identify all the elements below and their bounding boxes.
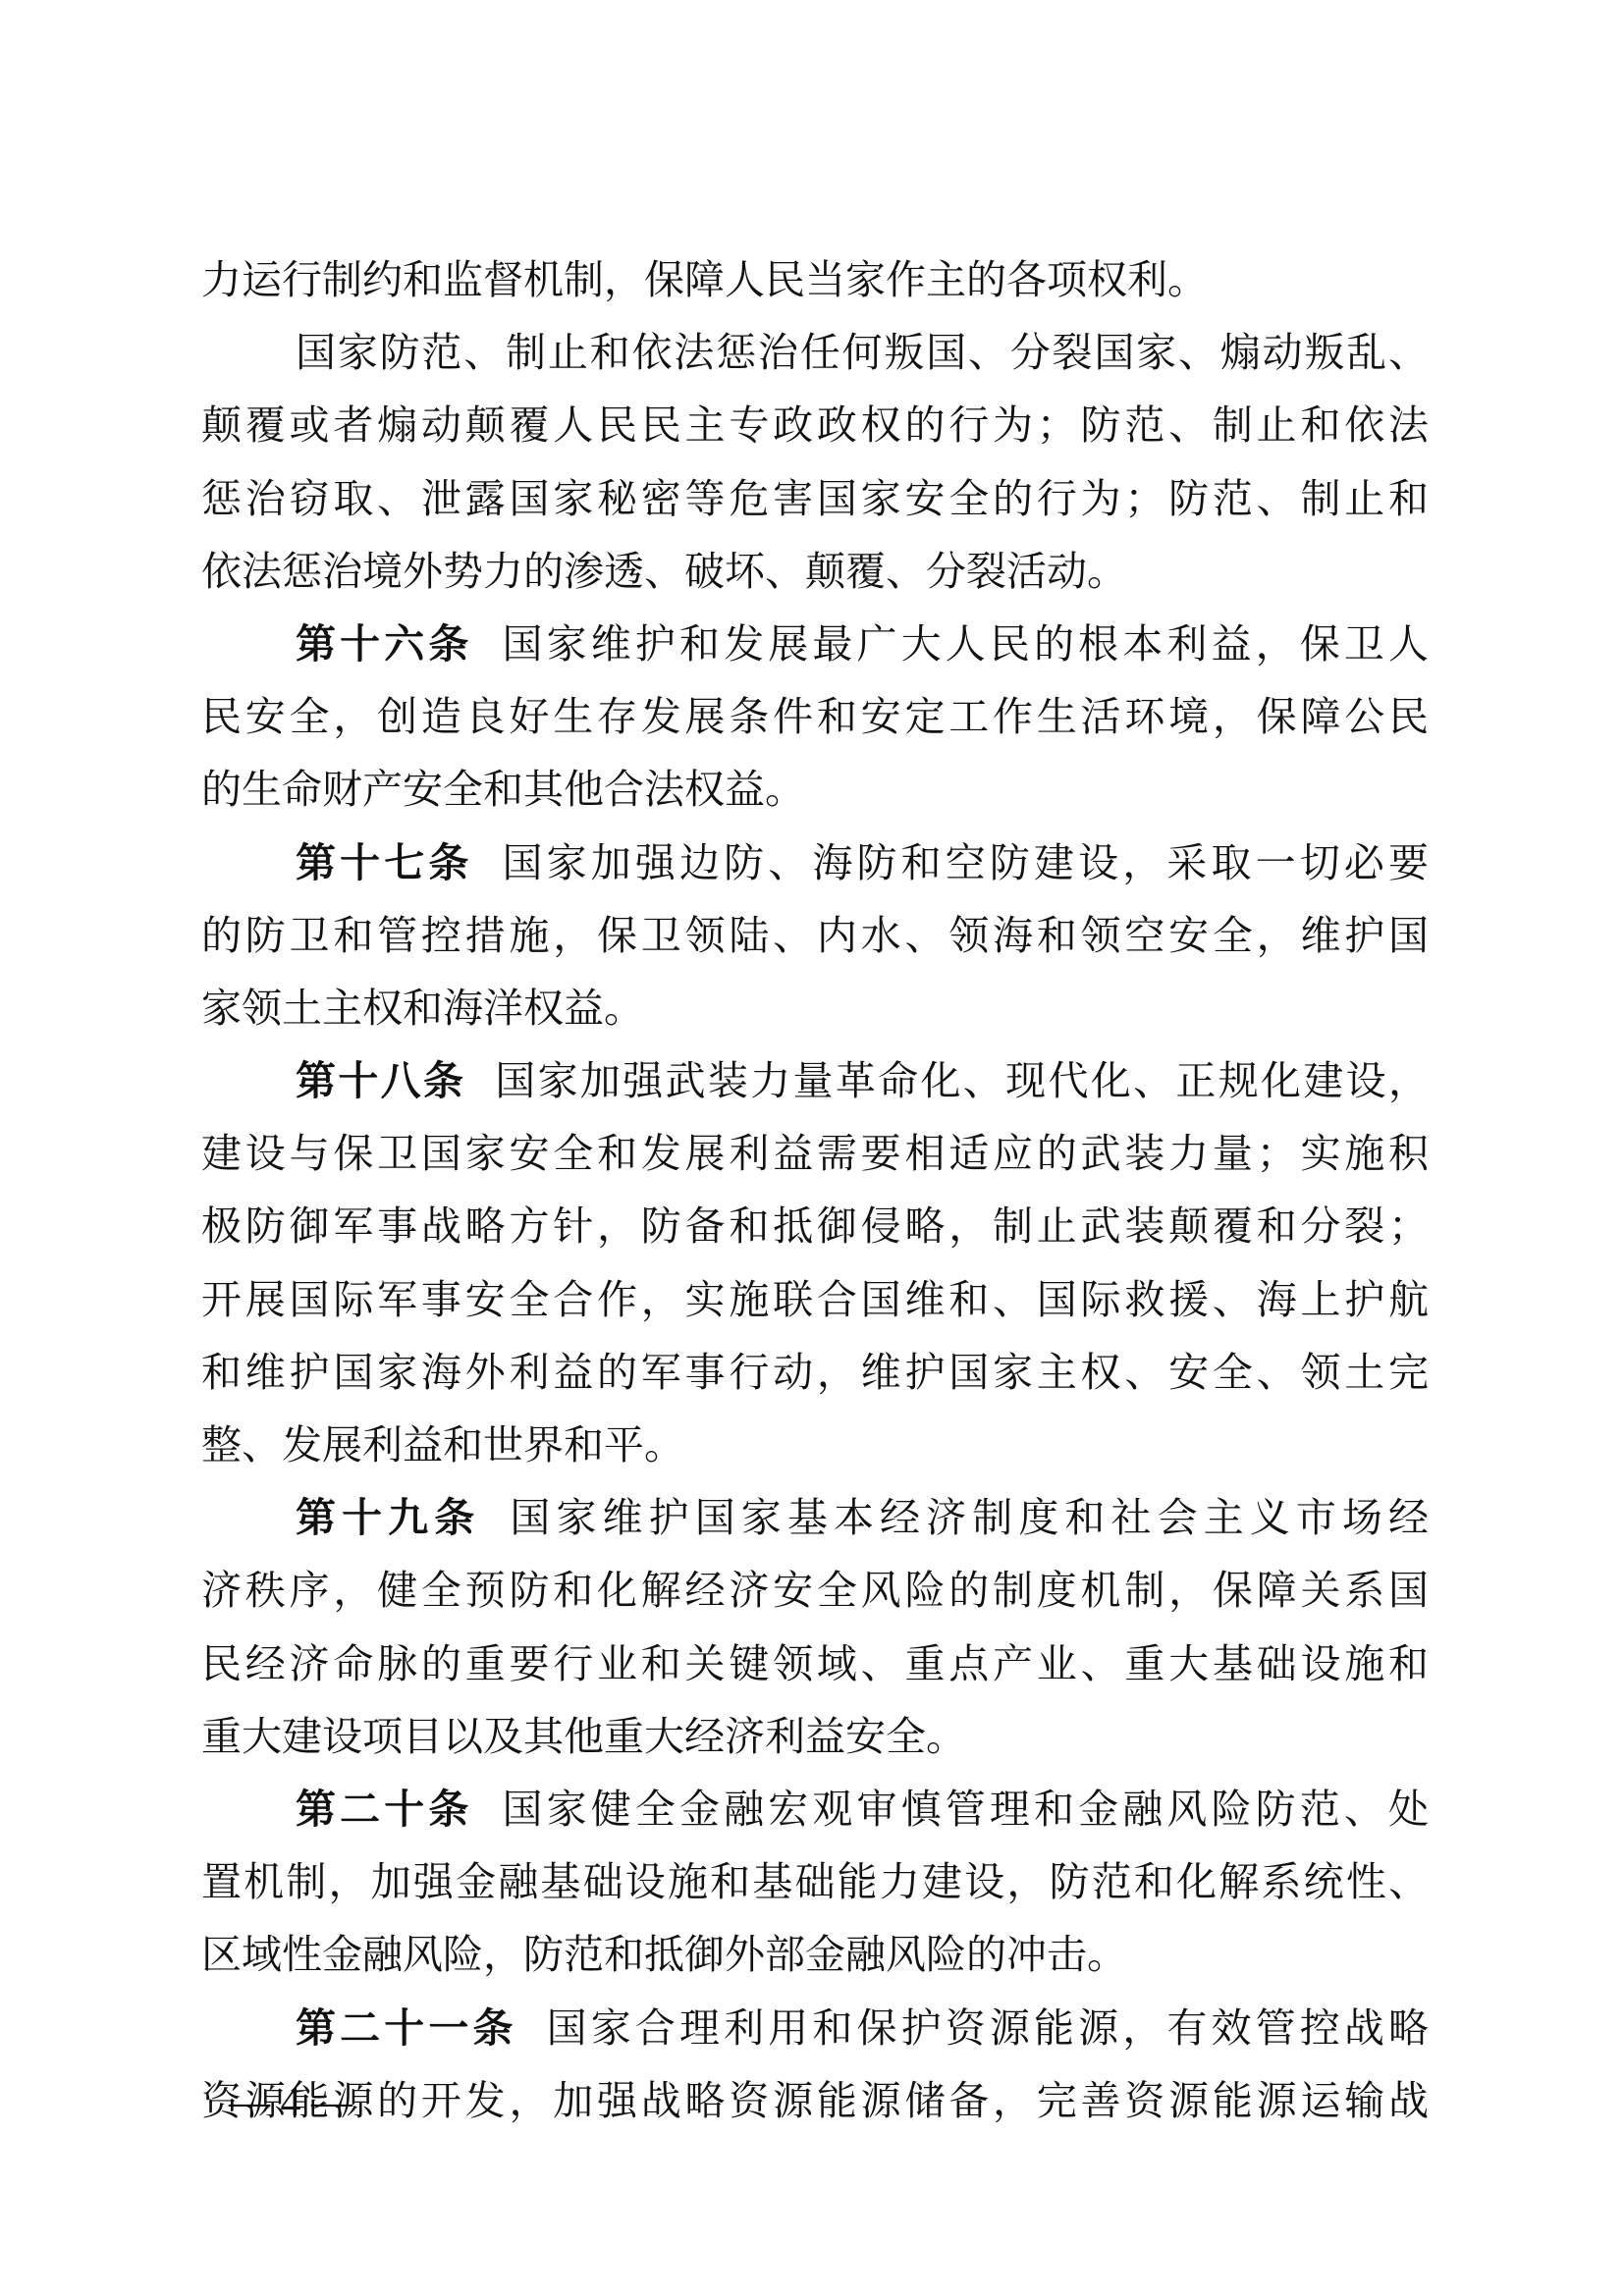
article-18-first-line: 第十八条国家加强武装力量革命化、现代化、正规化建设， [201, 1044, 1429, 1117]
article-19-first-line: 第十九条国家维护国家基本经济制度和社会主义市场经 [201, 1481, 1429, 1554]
article-title: 第十八条 [296, 1057, 465, 1104]
article-text: 国家健全金融宏观审慎管理和金融风险防范、处 [503, 1786, 1430, 1833]
article-text: 国家合理利用和保护资源能源，有效管控战略 [547, 2004, 1429, 2052]
paragraph-line: 民经济命脉的重要行业和关键领域、重点产业、重大基础设施和 [201, 1628, 1429, 1700]
paragraph-line: 民安全，创造良好生存发展条件和安定工作生活环境，保障公民 [201, 680, 1429, 753]
article-21-first-line: 第二十一条国家合理利用和保护资源能源，有效管控战略 [201, 1992, 1429, 2064]
paragraph-line: 惩治窃取、泄露国家秘密等危害国家安全的行为；防范、制止和 [201, 462, 1429, 535]
paragraph-line: 重大建设项目以及其他重大经济利益安全。 [201, 1700, 1429, 1773]
page-number: — 4 — [229, 2079, 352, 2126]
article-title: 第二十条 [296, 1786, 473, 1833]
article-17-first-line: 第十七条国家加强边防、海防和空防建设，采取一切必要 [201, 827, 1429, 899]
paragraph-line: 置机制，加强金融基础设施和基础能力建设，防范和化解系统性、 [201, 1845, 1429, 1918]
article-16-first-line: 第十六条国家维护和发展最广大人民的根本利益，保卫人 [201, 608, 1429, 680]
article-title: 第十七条 [296, 839, 473, 886]
paragraph-line: 建设与保卫国家安全和发展利益需要相适应的武装力量；实施积 [201, 1117, 1429, 1190]
article-title: 第二十一条 [296, 2004, 517, 2052]
article-text: 国家加强边防、海防和空防建设，采取一切必要 [503, 839, 1430, 886]
paragraph-line: 的防卫和管控措施，保卫领陆、内水、领海和领空安全，维护国 [201, 899, 1429, 972]
document-body: 力运行制约和监督机制，保障人民当家作主的各项权利。 国家防范、制止和依法惩治任何… [201, 243, 1429, 2137]
paragraph-line: 资源能源的开发，加强战略资源能源储备，完善资源能源运输战 [201, 2064, 1429, 2137]
paragraph-line: 家领土主权和海洋权益。 [201, 972, 1429, 1044]
paragraph-line: 极防御军事战略方针，防备和抵御侵略，制止武装颠覆和分裂； [201, 1190, 1429, 1262]
paragraph-line: 的生命财产安全和其他合法权益。 [201, 753, 1429, 826]
paragraph-line: 开展国际军事安全合作，实施联合国维和、国际救援、海上护航 [201, 1263, 1429, 1336]
paragraph-line: 整、发展利益和世界和平。 [201, 1409, 1429, 1481]
paragraph-line: 国家防范、制止和依法惩治任何叛国、分裂国家、煽动叛乱、 [201, 316, 1429, 389]
paragraph-line: 颠覆或者煽动颠覆人民民主专政政权的行为；防范、制止和依法 [201, 389, 1429, 461]
document-page: 力运行制约和监督机制，保障人民当家作主的各项权利。 国家防范、制止和依法惩治任何… [0, 0, 1624, 2296]
paragraph-line: 济秩序，健全预防和化解经济安全风险的制度机制，保障关系国 [201, 1554, 1429, 1627]
article-text: 国家维护国家基本经济制度和社会主义市场经 [510, 1494, 1429, 1541]
article-text: 国家加强武装力量革命化、现代化、正规化建设， [495, 1057, 1429, 1104]
article-text: 国家维护和发展最广大人民的根本利益，保卫人 [503, 620, 1430, 667]
article-title: 第十六条 [296, 620, 473, 667]
article-title: 第十九条 [296, 1494, 480, 1541]
paragraph-line: 力运行制约和监督机制，保障人民当家作主的各项权利。 [201, 243, 1429, 316]
article-20-first-line: 第二十条国家健全金融宏观审慎管理和金融风险防范、处 [201, 1773, 1429, 1845]
paragraph-line: 依法惩治境外势力的渗透、破坏、颠覆、分裂活动。 [201, 535, 1429, 608]
paragraph-line: 和维护国家海外利益的军事行动，维护国家主权、安全、领土完 [201, 1336, 1429, 1409]
paragraph-line: 区域性金融风险，防范和抵御外部金融风险的冲击。 [201, 1918, 1429, 1991]
